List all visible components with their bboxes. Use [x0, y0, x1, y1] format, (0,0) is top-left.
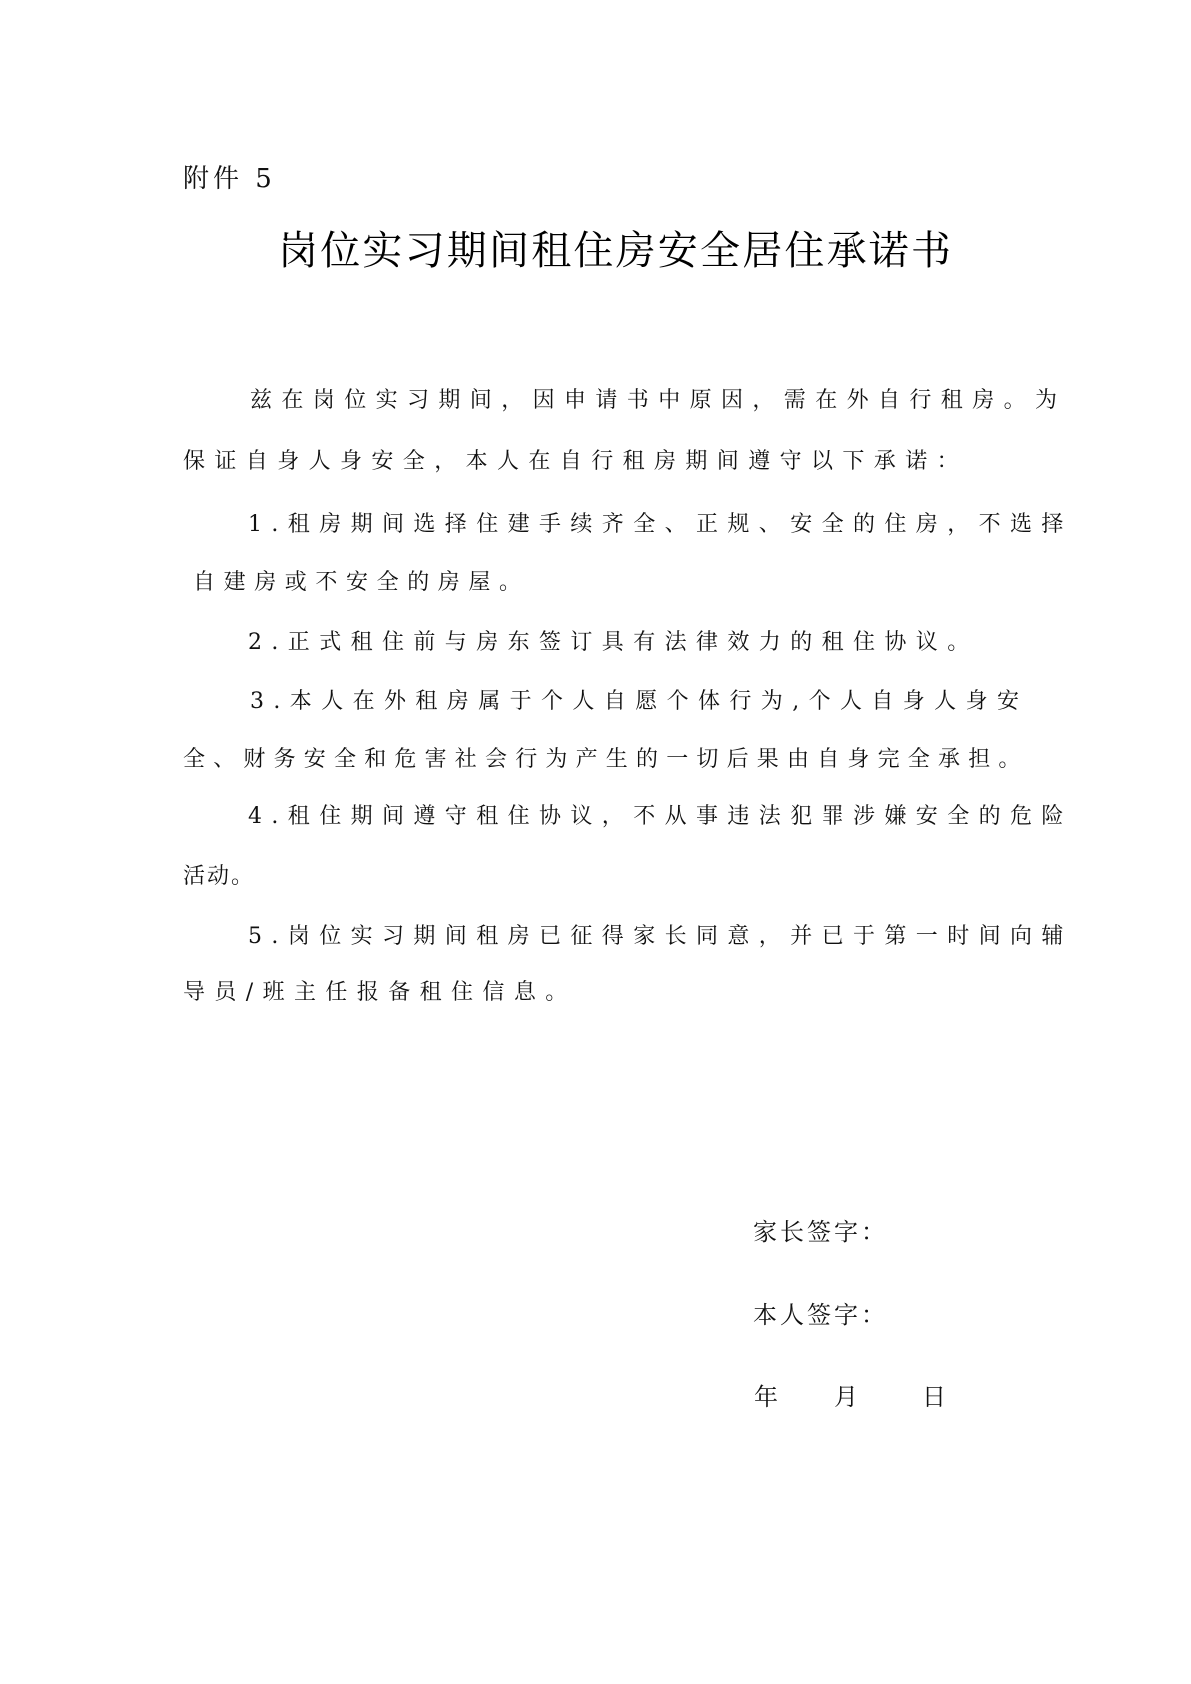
date-month-label: 月 — [834, 1385, 858, 1409]
text-line: 3.本人在外租房属于个人自愿个体行为,个人自身人身安 — [250, 691, 1028, 713]
text-line: 4.租住期间遵守租住协议，不从事违法犯罪涉嫌安全的危险 — [248, 806, 1073, 828]
text-line: 2.正式租住前与房东签订具有法律效力的租住协议。 — [248, 632, 979, 654]
annex-label: 附件 5 — [183, 166, 276, 192]
text-line: 导员/班主任报备租住信息。 — [183, 982, 577, 1004]
parent-signature-label: 家长签字： — [753, 1220, 888, 1244]
text-line: 5.岗位实习期间租房已征得家长同意，并已于第一时间向辅 — [248, 926, 1073, 948]
text-line: 兹在岗位实习期间，因申请书中原因，需在外自行租房。为 — [250, 390, 1066, 412]
text-line: 自建房或不安全的房屋。 — [193, 572, 530, 594]
text-line: 活动。 — [183, 866, 255, 888]
date-day-label: 日 — [922, 1385, 946, 1409]
student-signature-label: 本人签字： — [753, 1303, 888, 1327]
document-title: 岗位实习期间租住房安全居住承诺书 — [278, 231, 918, 271]
date-year-label: 年 — [754, 1385, 778, 1409]
text-line: 1.租房期间选择住建手续齐全、正规、安全的住房，不选择 — [248, 514, 1073, 536]
text-line: 全、财务安全和危害社会行为产生的一切后果由自身完全承担。 — [183, 749, 1029, 771]
text-line: 保证自身人身安全，本人在自行租房期间遵守以下承诺： — [183, 451, 968, 473]
